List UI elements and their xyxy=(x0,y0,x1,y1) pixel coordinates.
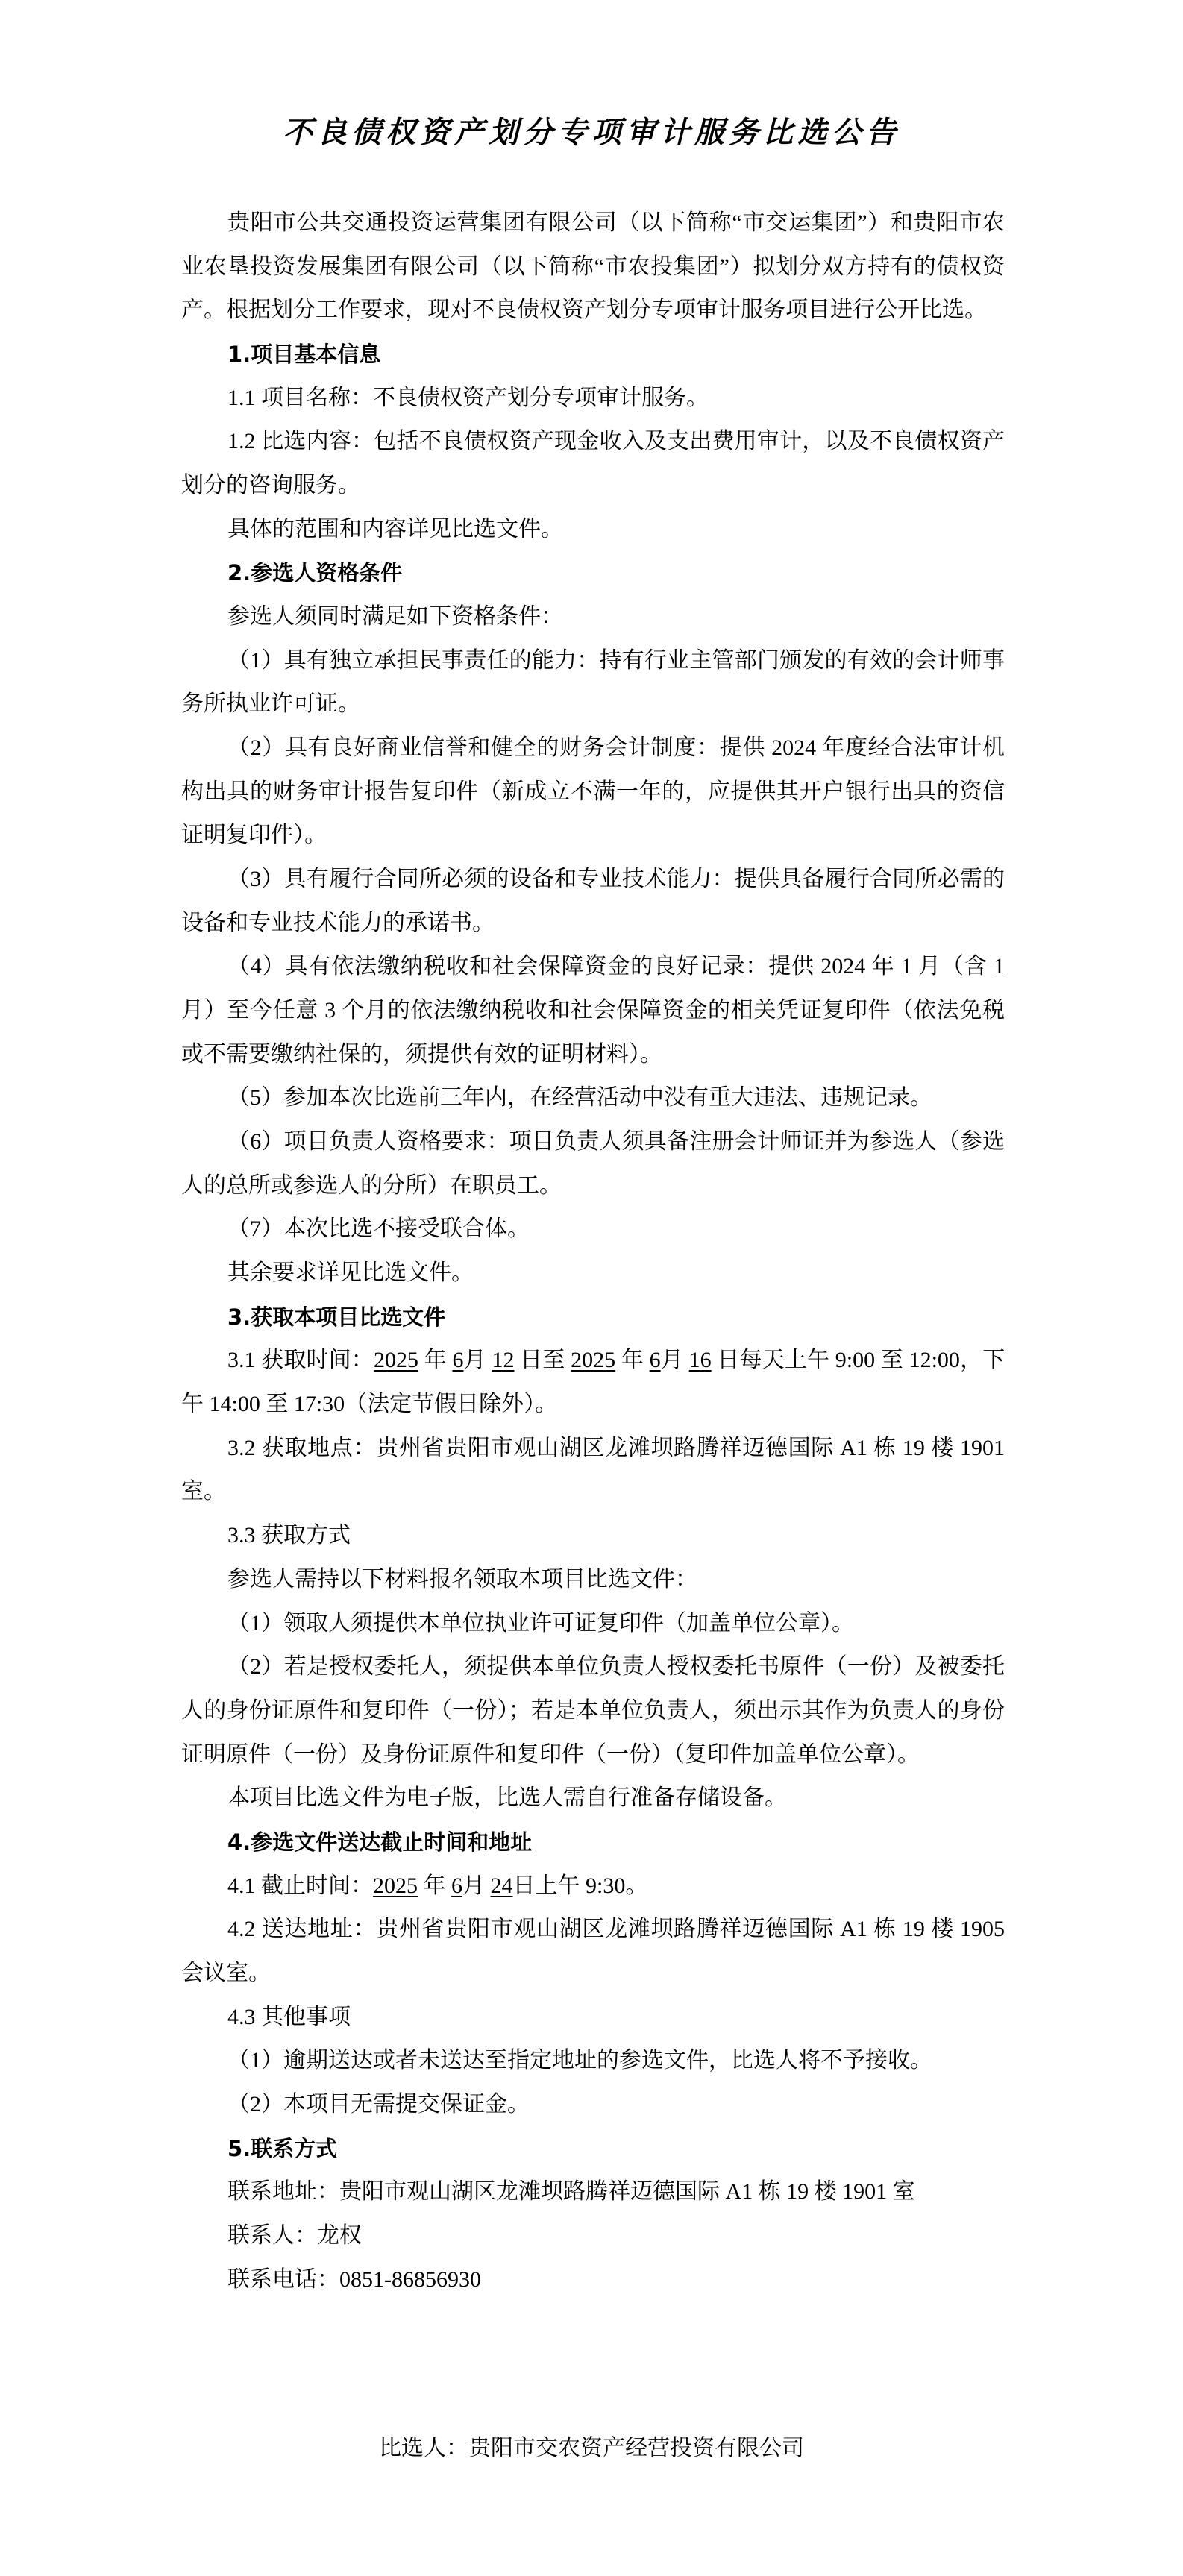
contact-phone: 联系电话：0851-86856930 xyxy=(181,2258,1005,2302)
other-requirements: 其余要求详见比选文件。 xyxy=(181,1251,1005,1295)
section-contact: 5.联系方式 联系地址：贵阳市观山湖区龙滩坝路腾祥迈德国际 A1 栋 19 楼 … xyxy=(181,2127,1005,2302)
start-day: 12 xyxy=(492,1348,514,1372)
deadline-day: 24 xyxy=(491,1873,513,1898)
deadline-suffix: 日上午 9:30。 xyxy=(513,1873,648,1898)
end-year: 2025 xyxy=(571,1348,615,1372)
acquire-time-label: 3.1 获取时间： xyxy=(228,1348,374,1372)
acquire-time: 3.1 获取时间：2025 年 6月 12 日至 2025 年 6月 16 日每… xyxy=(181,1339,1005,1426)
unit-month: 月 xyxy=(661,1348,683,1372)
other-matters-item: （1）逾期送达或者未送达至指定地址的参选文件，比选人将不予接收。 xyxy=(181,2039,1005,2083)
section-submission: 4.参选文件送达截止时间和地址 4.1 截止时间：2025 年 6月 24日上午… xyxy=(181,1821,1005,2127)
other-matters-item: （2）本项目无需提交保证金。 xyxy=(181,2083,1005,2127)
selection-content: 1.2 比选内容：包括不良债权资产现金收入及支出费用审计，以及不良债权资产划分的… xyxy=(181,420,1005,507)
document-page: 不良债权资产划分专项审计服务比选公告 贵阳市公共交通投资运营集团有限公司（以下简… xyxy=(0,0,1183,2576)
end-month: 6 xyxy=(650,1348,661,1372)
contact-person: 联系人：龙权 xyxy=(181,2214,1005,2258)
unit-year: 年 xyxy=(424,1348,447,1372)
unit-day: 日 xyxy=(520,1348,542,1372)
other-matters-heading: 4.3 其他事项 xyxy=(181,1996,1005,2040)
deadline: 4.1 截止时间：2025 年 6月 24日上午 9:30。 xyxy=(181,1865,1005,1909)
acquire-method-intro: 参选人需持以下材料报名领取本项目比选文件： xyxy=(181,1558,1005,1602)
section-obtain-documents: 3.获取本项目比选文件 3.1 获取时间：2025 年 6月 12 日至 202… xyxy=(181,1295,1005,1821)
unit-year: 年 xyxy=(424,1873,446,1898)
submission-address: 4.2 送达地址：贵州省贵阳市观山湖区龙滩坝路腾祥迈德国际 A1 栋 19 楼 … xyxy=(181,1908,1005,1995)
acquire-method-heading: 3.3 获取方式 xyxy=(181,1514,1005,1558)
deadline-label: 4.1 截止时间： xyxy=(228,1873,373,1898)
section-qualifications: 2.参选人资格条件 参选人须同时满足如下资格条件： （1）具有独立承担民事责任的… xyxy=(181,551,1005,1295)
qualification-intro: 参选人须同时满足如下资格条件： xyxy=(181,595,1005,639)
document-title: 不良债权资产划分专项审计服务比选公告 xyxy=(0,112,1183,154)
qualification-item: （6）项目负责人资格要求：项目负责人须具备注册会计师证并为参选人（参选人的总所或… xyxy=(181,1120,1005,1207)
qualification-item: （7）本次比选不接受联合体。 xyxy=(181,1207,1005,1251)
scope-note: 具体的范围和内容详见比选文件。 xyxy=(181,508,1005,552)
start-month: 6 xyxy=(452,1348,463,1372)
unit-month: 月 xyxy=(463,1348,486,1372)
signature: 比选人：贵阳市交农资产经营投资有限公司 xyxy=(0,2427,1183,2470)
electronic-note: 本项目比选文件为电子版，比选人需自行准备存储设备。 xyxy=(181,1777,1005,1821)
deadline-year: 2025 xyxy=(373,1873,418,1898)
unit-year: 年 xyxy=(621,1348,644,1372)
start-year: 2025 xyxy=(374,1348,418,1372)
section-heading: 3.获取本项目比选文件 xyxy=(181,1295,1005,1339)
qualification-item: （1）具有独立承担民事责任的能力：持有行业主管部门颁发的有效的会计师事务所执业许… xyxy=(181,639,1005,726)
section-heading: 2.参选人资格条件 xyxy=(181,551,1005,595)
acquire-method-item: （1）领取人须提供本单位执业许可证复印件（加盖单位公章）。 xyxy=(181,1602,1005,1646)
qualification-item: （5）参加本次比选前三年内，在经营活动中没有重大违法、违规记录。 xyxy=(181,1076,1005,1120)
intro-paragraph: 贵阳市公共交通投资运营集团有限公司（以下简称“市交运集团”）和贵阳市农业农垦投资… xyxy=(181,201,1005,333)
acquire-method-item: （2）若是授权委托人，须提供本单位负责人授权委托书原件（一份）及被委托人的身份证… xyxy=(181,1645,1005,1777)
qualification-item: （4）具有依法缴纳税收和社会保障资金的良好记录：提供 2024 年 1 月（含 … xyxy=(181,945,1005,1076)
qualification-item: （2）具有良好商业信誉和健全的财务会计制度：提供 2024 年度经合法审计机构出… xyxy=(181,726,1005,858)
qualification-item: （3）具有履行合同所必须的设备和专业技术能力：提供具备履行合同所必需的设备和专业… xyxy=(181,858,1005,945)
acquire-location: 3.2 获取地点：贵州省贵阳市观山湖区龙滩坝路腾祥迈德国际 A1 栋 19 楼 … xyxy=(181,1427,1005,1514)
project-name: 1.1 项目名称：不良债权资产划分专项审计服务。 xyxy=(181,377,1005,421)
section-heading: 4.参选文件送达截止时间和地址 xyxy=(181,1821,1005,1865)
section-project-info: 1.项目基本信息 1.1 项目名称：不良债权资产划分专项审计服务。 1.2 比选… xyxy=(181,333,1005,551)
section-heading: 5.联系方式 xyxy=(181,2127,1005,2171)
contact-address: 联系地址：贵阳市观山湖区龙滩坝路腾祥迈德国际 A1 栋 19 楼 1901 室 xyxy=(181,2170,1005,2214)
section-heading: 1.项目基本信息 xyxy=(181,333,1005,377)
word-to: 至 xyxy=(542,1348,565,1372)
end-day: 16 xyxy=(689,1348,712,1372)
unit-month: 月 xyxy=(462,1873,485,1898)
document-body: 贵阳市公共交通投资运营集团有限公司（以下简称“市交运集团”）和贵阳市农业农垦投资… xyxy=(181,201,1005,2302)
deadline-month: 6 xyxy=(451,1873,462,1898)
